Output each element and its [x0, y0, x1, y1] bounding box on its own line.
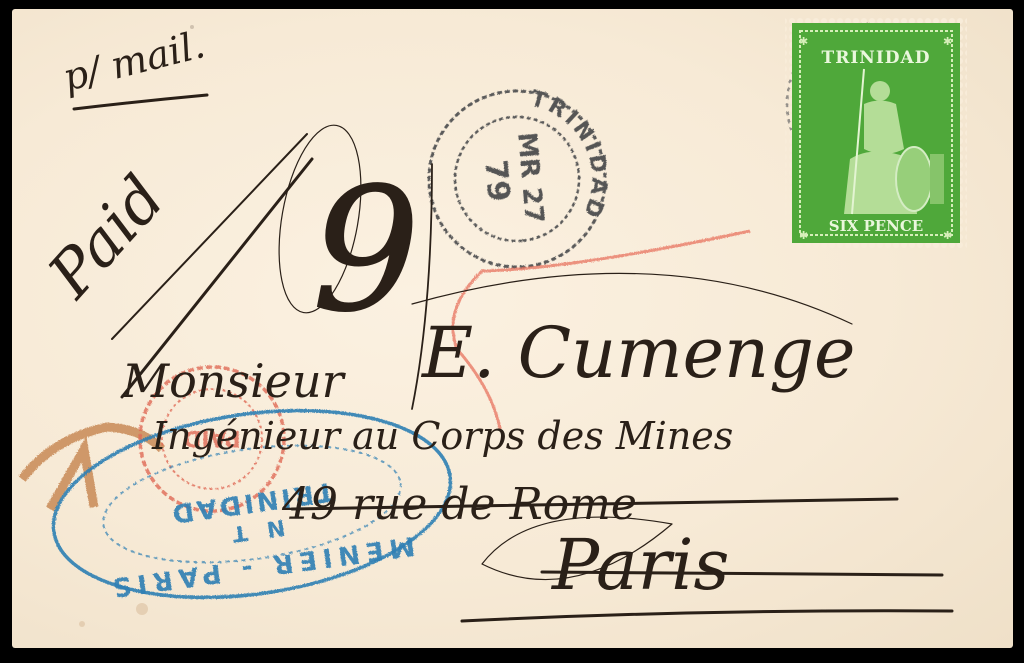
- svg-text:MR 27: MR 27: [511, 131, 549, 224]
- svg-text:SIX PENCE: SIX PENCE: [829, 217, 924, 235]
- svg-text:Ingénieur au Corps des Mines: Ingénieur au Corps des Mines: [151, 414, 733, 458]
- svg-text:✱: ✱: [799, 229, 808, 242]
- svg-text:79: 79: [477, 158, 516, 203]
- postal-cover: p/ mail. TRINIDAD MR 27 79 ✱ ✱ ✱ ✱ TRINI…: [12, 9, 1013, 648]
- svg-text:TRINIDAD: TRINIDAD: [822, 48, 931, 68]
- svg-text:✱: ✱: [943, 229, 952, 242]
- svg-text:p/ mail.: p/ mail.: [59, 22, 210, 100]
- svg-text:Monsieur: Monsieur: [121, 354, 347, 408]
- address-underline: [462, 611, 952, 621]
- svg-text:✱: ✱: [799, 35, 808, 48]
- svg-text:Paid: Paid: [33, 162, 179, 312]
- route-endorsement: p/ mail.: [59, 22, 210, 109]
- svg-text:E. Cumenge: E. Cumenge: [420, 312, 855, 394]
- svg-text:Paris: Paris: [550, 524, 729, 606]
- paper-stains: [79, 25, 194, 627]
- trinidad-datestamp: TRINIDAD MR 27 79: [421, 80, 618, 274]
- cover-artwork: p/ mail. TRINIDAD MR 27 79 ✱ ✱ ✱ ✱ TRINI…: [12, 9, 1013, 648]
- trinidad-stamp: ✱ ✱ ✱ ✱ TRINIDAD SIX PENCE: [785, 17, 967, 249]
- svg-text:9: 9: [312, 152, 420, 350]
- svg-text:✱: ✱: [943, 35, 952, 48]
